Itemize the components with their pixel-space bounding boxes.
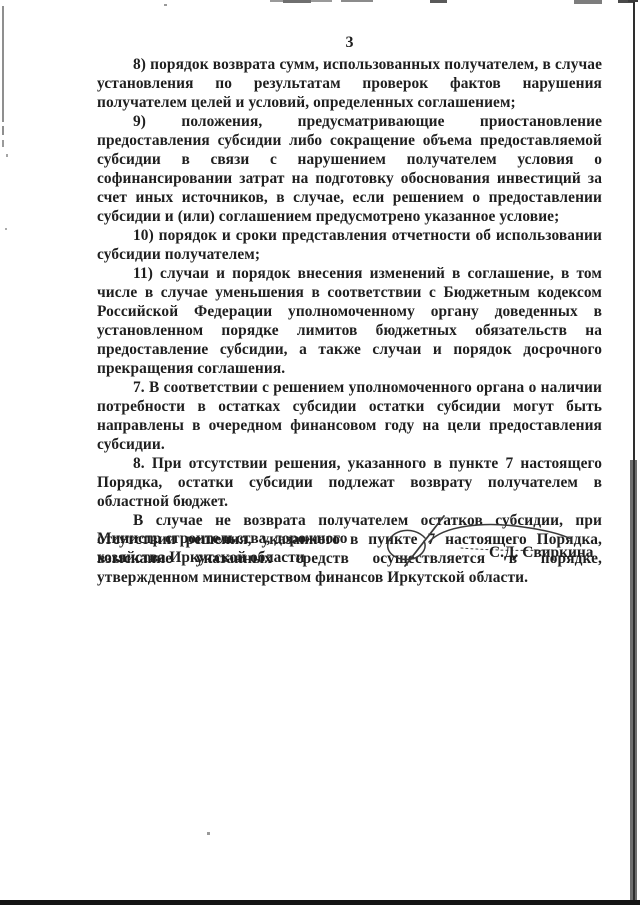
- scan-speck: [6, 154, 8, 157]
- scan-speck: [164, 4, 167, 6]
- signatory-name: С.Д. Свиркина: [489, 544, 593, 562]
- minister-title: Министр строительства, дорожного хозяйст…: [97, 529, 377, 567]
- scan-artifact-right-edge: [633, 0, 635, 905]
- scan-artifact-top-edge: [283, 0, 311, 3]
- scan-artifact-left-edge: [2, 140, 4, 147]
- scan-artifact-left-edge: [2, 126, 4, 135]
- signature-stroke: [365, 508, 585, 572]
- document-page: 3 8) порядок возврата сумм, использованн…: [0, 0, 640, 905]
- scan-artifact-bottom-edge: [0, 900, 640, 905]
- paragraph-point-7: 7. В соответствии с решением уполномочен…: [97, 378, 602, 454]
- page-number: 3: [97, 33, 602, 52]
- scan-speck: [207, 832, 210, 835]
- scan-artifact-top-edge: [430, 0, 447, 3]
- scan-artifact-right-edge: [630, 460, 637, 905]
- minister-title-line1: Министр строительства, дорожного: [97, 529, 377, 548]
- scan-artifact-right-edge: [628, 0, 638, 2]
- text-column: 3 8) порядок возврата сумм, использованн…: [97, 33, 602, 587]
- scan-artifact-top-edge: [618, 0, 634, 3]
- scan-speck: [5, 228, 7, 230]
- scan-artifact-top-edge: [574, 0, 602, 4]
- paragraph-item-8: 8) порядок возврата сумм, использованных…: [97, 55, 602, 112]
- paragraph-item-9: 9) положения, предусматривающие приостан…: [97, 112, 602, 226]
- minister-title-line2: хозяйства Иркутской области: [97, 548, 377, 567]
- scan-artifact-left-edge: [2, 6, 4, 122]
- paragraph-point-8: 8. При отсутствии решения, указанного в …: [97, 454, 602, 511]
- scan-artifact-top-edge: [341, 0, 373, 2]
- scan-artifact-top-edge: [270, 0, 332, 2]
- paragraph-item-11: 11) случаи и порядок внесения изменений …: [97, 264, 602, 378]
- paragraph-item-10: 10) порядок и сроки представления отчетн…: [97, 226, 602, 264]
